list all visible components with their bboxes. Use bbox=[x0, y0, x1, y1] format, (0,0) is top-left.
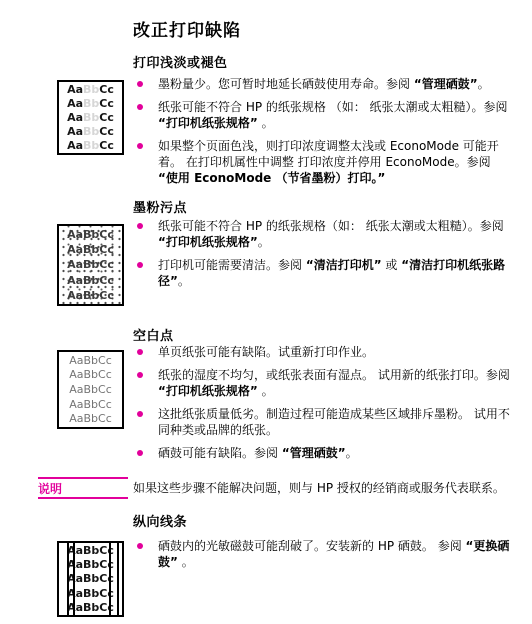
sample-row: AaBbCc bbox=[67, 243, 114, 256]
sample-row: AaBbCc bbox=[67, 111, 114, 124]
section-heading: 墨粉污点 bbox=[133, 197, 187, 216]
bullet-marker-icon bbox=[137, 372, 143, 378]
bullet-text: 如果整个页面色浅，则打印浓度调整太浅或 EconoMode 可能开着。 在打印机… bbox=[158, 138, 513, 186]
bullet-marker-icon bbox=[137, 411, 143, 417]
sample-row: AaBbCc bbox=[67, 139, 114, 152]
bullet-marker-icon bbox=[137, 81, 143, 87]
bullet-item: 如果整个页面色浅，则打印浓度调整太浅或 EconoMode 可能开着。 在打印机… bbox=[133, 138, 513, 186]
note-text: 如果这些步骤不能解决问题，则与 HP 授权的经销商或服务代表联系。 bbox=[133, 480, 515, 496]
bullet-item: 硒鼓可能有缺陷。参阅 “管理硒鼓”。 bbox=[133, 445, 513, 461]
section-light-or-faded-print: 打印浅淡或褪色 AaBbCcAaBbCcAaBbCcAaBbCcAaBbCc 墨… bbox=[0, 0, 532, 624]
sample-row: AaBbCc bbox=[67, 544, 114, 557]
manual-page: 改正打印缺陷 打印浅淡或褪色 AaBbCcAaBbCcAaBbCcAaBbCcA… bbox=[0, 0, 532, 624]
bullet-item: 这批纸张质量低劣。制造过程可能造成某些区域排斥墨粉。 试用不同种类或品牌的纸张。 bbox=[133, 406, 513, 438]
sample-row: AaBbCc bbox=[67, 572, 114, 585]
bullet-list: 纸张可能不符合 HP 的纸张规格（如： 纸张太潮或太粗糙）。参阅 “打印机纸张规… bbox=[133, 218, 513, 296]
sample-row: AaBbCc bbox=[67, 601, 114, 614]
section-toner-specks: 墨粉污点 AaBbCcAaBbCcAaBbCcAaBbCcAaBbCc 纸张可能… bbox=[0, 0, 532, 624]
section-heading: 打印浅淡或褪色 bbox=[133, 52, 228, 71]
bullet-marker-icon bbox=[137, 262, 143, 268]
sample-row: AaBbCc bbox=[67, 228, 114, 241]
sample-row: AaBbCc bbox=[69, 412, 112, 425]
vertical-line-defect bbox=[109, 543, 111, 615]
bullet-text: 硒鼓可能有缺陷。参阅 “管理硒鼓”。 bbox=[158, 445, 513, 461]
print-sample-box: AaBbCcAaBbCcAaBbCcAaBbCcAaBbCc bbox=[57, 541, 124, 617]
sample-row: AaBbCc bbox=[69, 398, 112, 411]
page-title: 改正打印缺陷 bbox=[133, 16, 241, 41]
bullet-marker-icon bbox=[137, 543, 143, 549]
print-sample-box: AaBbCcAaBbCcAaBbCcAaBbCcAaBbCc bbox=[57, 350, 124, 429]
sample-row: AaBbCc bbox=[69, 383, 112, 396]
bullet-text: 纸张可能不符合 HP 的纸张规格 （如： 纸张太潮或太粗糙）。参阅 “打印机纸张… bbox=[158, 99, 513, 131]
bullet-item: 纸张的湿度不均匀，或纸张表面有湿点。 试用新的纸张打印。参阅 “打印机纸张规格”… bbox=[133, 367, 513, 399]
vertical-line-defect bbox=[67, 543, 69, 615]
bullet-text: 打印机可能需要清洁。参阅 “清洁打印机” 或 “清洁打印机纸张路径”。 bbox=[158, 257, 513, 289]
sample-row: AaBbCc bbox=[67, 125, 114, 138]
bullet-list: 硒鼓内的光敏磁鼓可能刮破了。安装新的 HP 硒鼓。 参阅 “更换硒鼓” 。 bbox=[133, 538, 513, 577]
section-heading: 纵向线条 bbox=[133, 511, 187, 530]
note-rule-top bbox=[38, 477, 128, 479]
bullet-text: 纸张的湿度不均匀，或纸张表面有湿点。 试用新的纸张打印。参阅 “打印机纸张规格”… bbox=[158, 367, 513, 399]
sample-row: AaBbCc bbox=[69, 354, 112, 367]
bullet-marker-icon bbox=[137, 450, 143, 456]
sample-row: AaBbCc bbox=[67, 289, 114, 302]
sample-row: AaBbCc bbox=[67, 587, 114, 600]
bullet-text: 单页纸张可能有缺陷。试重新打印作业。 bbox=[158, 344, 513, 360]
bullet-item: 单页纸张可能有缺陷。试重新打印作业。 bbox=[133, 344, 513, 360]
sample-row: AaBbCc bbox=[67, 83, 114, 96]
bullet-text: 这批纸张质量低劣。制造过程可能造成某些区域排斥墨粉。 试用不同种类或品牌的纸张。 bbox=[158, 406, 513, 438]
section-dropouts: 空白点 AaBbCcAaBbCcAaBbCcAaBbCcAaBbCc 单页纸张可… bbox=[0, 0, 532, 624]
bullet-marker-icon bbox=[137, 223, 143, 229]
bullet-list: 墨粉量少。您可暂时地延长硒鼓使用寿命。参阅 “管理硒鼓”。纸张可能不符合 HP … bbox=[133, 76, 513, 193]
vertical-line-defect bbox=[73, 543, 75, 615]
bullet-list: 单页纸张可能有缺陷。试重新打印作业。纸张的湿度不均匀，或纸张表面有湿点。 试用新… bbox=[133, 344, 513, 468]
note-block: 说明 如果这些步骤不能解决问题，则与 HP 授权的经销商或服务代表联系。 bbox=[0, 0, 532, 624]
vertical-line-defect bbox=[117, 543, 119, 615]
note-label: 说明 bbox=[38, 480, 62, 497]
sample-row: AaBbCc bbox=[67, 558, 114, 571]
bullet-item: 硒鼓内的光敏磁鼓可能刮破了。安装新的 HP 硒鼓。 参阅 “更换硒鼓” 。 bbox=[133, 538, 513, 570]
section-heading: 空白点 bbox=[133, 325, 174, 344]
bullet-text: 纸张可能不符合 HP 的纸张规格（如： 纸张太潮或太粗糙）。参阅 “打印机纸张规… bbox=[158, 218, 513, 250]
bullet-marker-icon bbox=[137, 143, 143, 149]
bullet-item: 纸张可能不符合 HP 的纸张规格 （如： 纸张太潮或太粗糙）。参阅 “打印机纸张… bbox=[133, 99, 513, 131]
bullet-item: 纸张可能不符合 HP 的纸张规格（如： 纸张太潮或太粗糙）。参阅 “打印机纸张规… bbox=[133, 218, 513, 250]
bullet-item: 打印机可能需要清洁。参阅 “清洁打印机” 或 “清洁打印机纸张路径”。 bbox=[133, 257, 513, 289]
bullet-text: 硒鼓内的光敏磁鼓可能刮破了。安装新的 HP 硒鼓。 参阅 “更换硒鼓” 。 bbox=[158, 538, 513, 570]
bullet-marker-icon bbox=[137, 104, 143, 110]
sample-row: AaBbCc bbox=[67, 274, 114, 287]
bullet-text: 墨粉量少。您可暂时地延长硒鼓使用寿命。参阅 “管理硒鼓”。 bbox=[158, 76, 513, 92]
print-sample-box: AaBbCcAaBbCcAaBbCcAaBbCcAaBbCc bbox=[57, 80, 124, 155]
note-rule-bottom bbox=[38, 497, 128, 499]
bullet-marker-icon bbox=[137, 349, 143, 355]
sample-row: AaBbCc bbox=[67, 97, 114, 110]
sample-row: AaBbCc bbox=[69, 368, 112, 381]
bullet-item: 墨粉量少。您可暂时地延长硒鼓使用寿命。参阅 “管理硒鼓”。 bbox=[133, 76, 513, 92]
print-sample-box: AaBbCcAaBbCcAaBbCcAaBbCcAaBbCc bbox=[57, 224, 124, 306]
sample-row: AaBbCc bbox=[67, 258, 114, 271]
section-vertical-lines: 纵向线条 AaBbCcAaBbCcAaBbCcAaBbCcAaBbCc 硒鼓内的… bbox=[0, 0, 532, 624]
